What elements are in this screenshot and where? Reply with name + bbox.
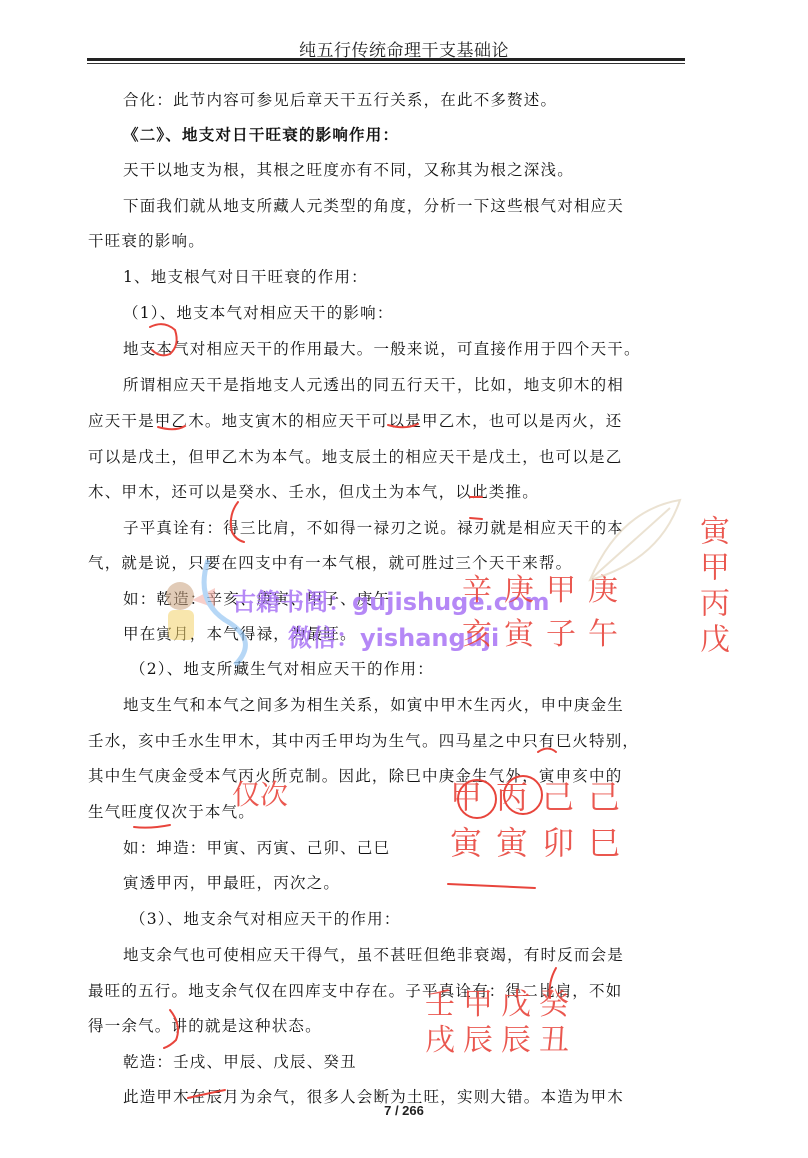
leaf-watermark-icon (590, 500, 680, 580)
text-line: 应天干是甲乙木。地支寅木的相应天干可以是甲乙木，也可以是丙火，还 (88, 411, 622, 431)
example-chart-line: 乾造：壬戌、甲辰、戊辰、癸丑 (123, 1052, 357, 1072)
subsection-heading: （3）、地支余气对相应天干的作用： (130, 909, 401, 929)
text-line: 合化：此节内容可参见后章天干五行关系，在此不多赘述。 (123, 90, 557, 110)
header-rule-thin (87, 63, 685, 64)
text-line: 子平真诠有：得三比肩，不如得一禄刃之说。禄刃就是相应天干的本 (123, 518, 624, 538)
section-heading: 《二》、地支对日干旺衰的影响作用： (123, 125, 399, 145)
subsection-heading: 1、地支根气对日干旺衰的作用： (123, 267, 368, 287)
subsection-heading: （2）、地支所藏生气对相应天干的作用： (130, 659, 434, 679)
text-line: 所谓相应天干是指地支人元透出的同五行天干，比如，地支卯木的相 (123, 375, 624, 395)
subsection-heading: （1）、地支本气对相应天干的影响： (123, 303, 394, 323)
text-line: 木、甲木，还可以是癸水、壬水，但戊土为本气，以此类推。 (88, 482, 539, 502)
text-line: 可以是戊土，但甲乙木为本气。地支辰土的相应天干是戊土，也可以是乙 (88, 447, 622, 467)
text-line: 地支本气对相应天干的作用最大。一般来说，可直接作用于四个天干。 (123, 339, 641, 359)
handwritten-chart2-branches: 寅寅卯巳 (450, 826, 634, 860)
underline-mark (448, 884, 535, 888)
handwritten-margin-note: 寅甲丙戊 (694, 515, 728, 659)
text-line: 得一余气。讲的就是这种状态。 (88, 1016, 322, 1036)
handwritten-note-ci: 仅次 (232, 778, 288, 812)
text-line: 天干以地支为根，其根之旺度亦有不同，又称其为根之深浅。 (123, 160, 574, 180)
text-line: 壬水，亥中壬水生甲木，其中丙壬甲均为生气。四马星之中只有巳火特别， (88, 731, 639, 751)
page-number: 7 / 266 (0, 1103, 808, 1118)
example-chart-line: 如：坤造：甲寅、丙寅、己卯、己巳 (123, 838, 390, 858)
handwritten-chart2-stems: 甲丙己己 (450, 780, 634, 814)
handwritten-chart1-stems: 辛庚甲庚 (462, 574, 630, 608)
text-line: 地支余气也可使相应天干得气，虽不甚旺但绝非衰竭，有时反而会是 (123, 945, 624, 965)
header-rule-thick (87, 58, 685, 61)
text-line: 地支生气和本气之间多为相生关系，如寅中甲木生丙火，申中庚金生 (123, 695, 624, 715)
text-line: 生气旺度仅次于本气。 (88, 802, 255, 822)
text-line: 下面我们就从地支所藏人元类型的角度，分析一下这些根气对相应天 (123, 196, 624, 216)
handwritten-chart1-branches: 亥寅子午 (462, 618, 630, 652)
handwritten-chart3-stems: 壬甲戊癸 (425, 988, 577, 1022)
text-line: 寅透甲丙，甲最旺，丙次之。 (123, 873, 340, 893)
underline-mark (134, 825, 170, 828)
text-line: 气，就是说，只要在四支中有一本气根，就可胜过三个天干来帮。 (88, 553, 572, 573)
handwritten-chart3-branches: 戌辰辰丑 (425, 1024, 577, 1058)
text-line: 干旺衰的影响。 (88, 231, 205, 251)
